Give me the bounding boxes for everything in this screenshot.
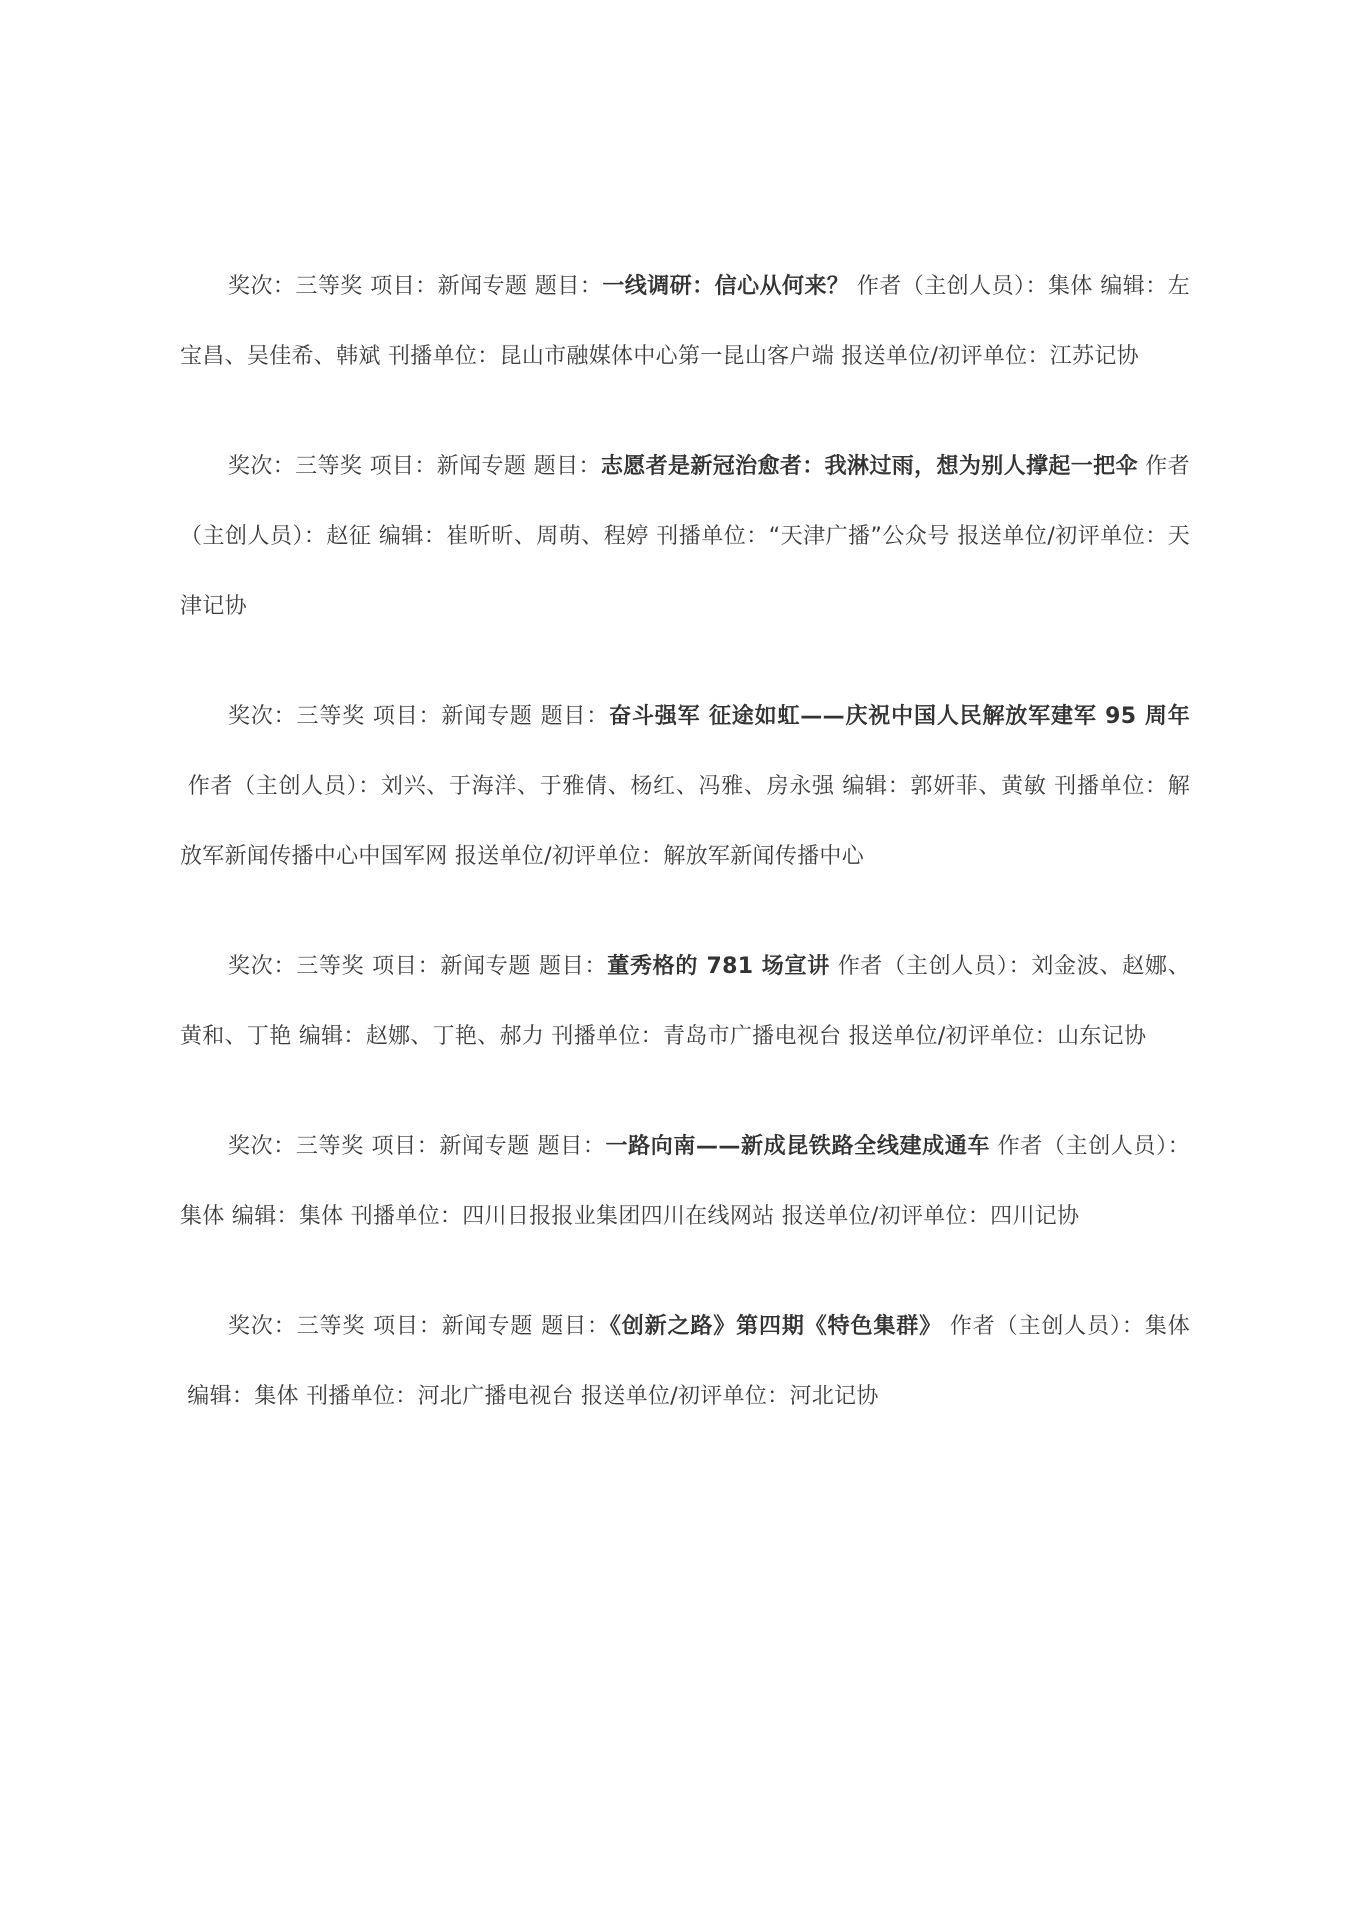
submitter-value: 河北记协 (789, 1384, 878, 1409)
award-entry: 奖次：三等奖 项目：新闻专题 题目：志愿者是新冠治愈者：我淋过雨，想为别人撑起一… (180, 432, 1190, 642)
author-value: 赵征 (326, 524, 371, 549)
publisher-label: 刊播单位： (656, 524, 768, 549)
entry-title: 《创新之路》第四期《特色集群》 (610, 1314, 942, 1339)
project-value: 新闻专题 (440, 954, 531, 979)
author-label: 作者（主创人员）： (998, 1134, 1190, 1159)
editor-label: 编辑： (379, 524, 446, 549)
project-value: 新闻专题 (442, 1314, 534, 1339)
author-label: 作者（主创人员）： (838, 954, 1032, 979)
title-label: 题目： (534, 454, 601, 479)
publisher-label: 刊播单位： (388, 344, 500, 369)
award-label: 奖次： (228, 1314, 297, 1339)
project-value: 新闻专题 (438, 274, 528, 299)
award-entry: 奖次：三等奖 项目：新闻专题 题目：《创新之路》第四期《特色集群》 作者（主创人… (180, 1292, 1190, 1432)
editor-value: 集体 (299, 1204, 344, 1229)
submitter-value: 解放军新闻传播中心 (663, 844, 864, 869)
award-value: 三等奖 (297, 1314, 366, 1339)
award-label: 奖次： (228, 454, 295, 479)
title-label: 题目： (541, 704, 610, 729)
publisher-label: 刊播单位： (1054, 774, 1167, 799)
award-label: 奖次： (228, 954, 296, 979)
project-label: 项目： (372, 954, 440, 979)
submitter-label: 报送单位/初评单位： (455, 844, 663, 869)
author-label: 作者（主创人员）： (950, 1314, 1145, 1339)
entry-title: 一线调研：信心从何来？ (602, 274, 849, 299)
publisher-label: 刊播单位： (306, 1384, 418, 1409)
submitter-label: 报送单位/初评单位： (957, 524, 1167, 549)
editor-value: 赵娜、丁艳、郝力 (366, 1024, 544, 1049)
publisher-value: 青岛市广播电视台 (663, 1024, 841, 1049)
editor-value: 崔昕昕、周萌、程婷 (446, 524, 648, 549)
award-entry: 奖次：三等奖 项目：新闻专题 题目：一线调研：信心从何来？ 作者（主创人员）：集… (180, 252, 1190, 392)
author-label: 作者（主创人员）： (188, 774, 381, 799)
publisher-value: 河北广播电视台 (418, 1384, 574, 1409)
entry-title: 一路向南——新成昆铁路全线建成通车 (606, 1134, 991, 1159)
editor-value: 集体 (254, 1384, 299, 1409)
award-value: 三等奖 (296, 954, 364, 979)
award-label: 奖次： (228, 1134, 296, 1159)
title-label: 题目： (541, 1314, 610, 1339)
editor-label: 编辑： (842, 774, 910, 799)
project-label: 项目： (370, 274, 437, 299)
entry-title: 志愿者是新冠治愈者：我淋过雨，想为别人撑起一把伞 (601, 454, 1138, 479)
project-label: 项目： (373, 1314, 442, 1339)
entry-title: 董秀格的 781 场宣讲 (607, 954, 830, 979)
award-entry: 奖次：三等奖 项目：新闻专题 题目：董秀格的 781 场宣讲 作者（主创人员）：… (180, 932, 1190, 1072)
submitter-value: 四川记协 (990, 1204, 1079, 1229)
publisher-value: 昆山市融媒体中心第一昆山客户端 (500, 344, 835, 369)
project-value: 新闻专题 (441, 704, 532, 729)
award-entry: 奖次：三等奖 项目：新闻专题 题目：奋斗强军 征途如虹——庆祝中国人民解放军建军… (180, 682, 1190, 892)
editor-label: 编辑： (232, 1204, 299, 1229)
editor-label: 编辑： (299, 1024, 366, 1049)
submitter-value: 江苏记协 (1050, 344, 1139, 369)
author-value: 集体 (1048, 274, 1093, 299)
editor-label: 编辑： (187, 1384, 254, 1409)
submitter-label: 报送单位/初评单位： (849, 1024, 1057, 1049)
title-label: 题目： (539, 954, 607, 979)
award-value: 三等奖 (296, 1134, 364, 1159)
editor-label: 编辑： (1100, 274, 1167, 299)
submitter-label: 报送单位/初评单位： (581, 1384, 789, 1409)
title-label: 题目： (535, 274, 602, 299)
publisher-label: 刊播单位： (551, 1024, 663, 1049)
entry-title: 奋斗强军 征途如虹——庆祝中国人民解放军建军 95 周年 (609, 704, 1190, 729)
project-label: 项目： (371, 1134, 439, 1159)
title-label: 题目： (538, 1134, 606, 1159)
submitter-label: 报送单位/初评单位： (841, 344, 1049, 369)
project-value: 新闻专题 (439, 1134, 530, 1159)
publisher-label: 刊播单位： (351, 1204, 463, 1229)
award-entry: 奖次：三等奖 项目：新闻专题 题目：一路向南——新成昆铁路全线建成通车 作者（主… (180, 1112, 1190, 1252)
submitter-value: 山东记协 (1057, 1024, 1146, 1049)
award-label: 奖次： (228, 274, 295, 299)
project-value: 新闻专题 (437, 454, 527, 479)
publisher-value: 四川日报报业集团四川在线网站 (462, 1204, 774, 1229)
author-value: 刘兴、于海洋、于雅倩、杨红、冯雅、房永强 (381, 774, 835, 799)
editor-value: 郭妍菲、黄敏 (910, 774, 1046, 799)
award-value: 三等奖 (297, 704, 366, 729)
award-label: 奖次： (228, 704, 297, 729)
award-value: 三等奖 (295, 274, 362, 299)
submitter-label: 报送单位/初评单位： (782, 1204, 990, 1229)
project-label: 项目： (373, 704, 442, 729)
publisher-value: “天津广播”公众号 (769, 524, 950, 549)
document-page: 奖次：三等奖 项目：新闻专题 题目：一线调研：信心从何来？ 作者（主创人员）：集… (180, 252, 1190, 1472)
project-label: 项目： (370, 454, 437, 479)
author-value: 集体 (1145, 1314, 1190, 1339)
author-value: 集体 (180, 1204, 225, 1229)
author-label: 作者（主创人员）： (857, 274, 1048, 299)
award-value: 三等奖 (295, 454, 362, 479)
